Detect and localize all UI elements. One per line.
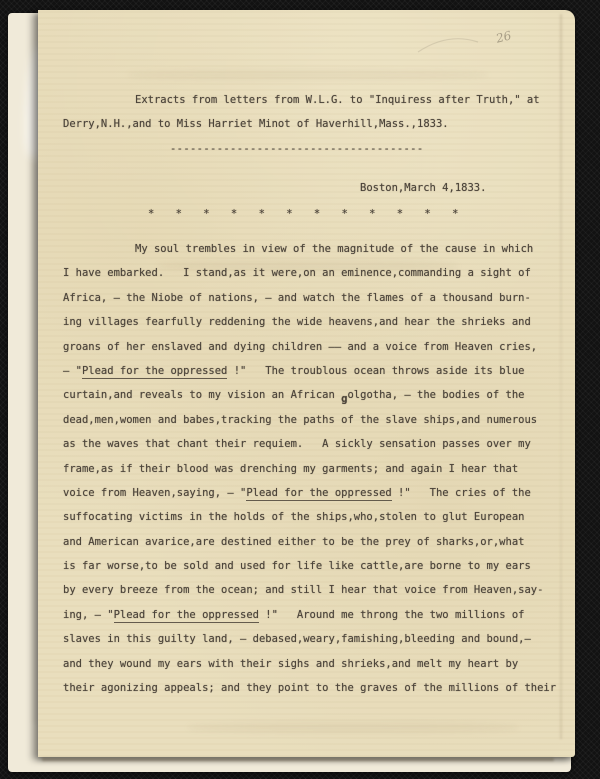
- body-line: I have embarked. I stand,as it were,on a…: [63, 261, 556, 285]
- heading-line-1: Extracts from letters from W.L.G. to "In…: [135, 94, 540, 106]
- body-line: suffocating victims in the holds of the …: [63, 505, 556, 529]
- body-line: dead,men,women and babes,tracking the pa…: [63, 408, 556, 432]
- body-line: slaves in this guilty land, — debased,we…: [63, 627, 556, 651]
- text-segment: olgotha, — the bodies of the: [347, 389, 524, 401]
- text-segment: Africa, — the Niobe of nations, — and wa…: [63, 292, 531, 304]
- text-segment: My soul trembles in view of the magnitud…: [135, 243, 533, 255]
- text-segment: is far worse,to be sold and used for lif…: [63, 560, 531, 572]
- dashed-divider: --------------------------------------: [170, 143, 424, 155]
- body-line: — "Plead for the oppressed !" The troubl…: [63, 359, 556, 383]
- text-segment: !" The cries of the: [392, 487, 531, 499]
- text-segment: voice from Heaven,saying, — ": [63, 487, 246, 499]
- text-segment: — ": [63, 365, 82, 377]
- body-line: voice from Heaven,saying, — "Plead for t…: [63, 481, 556, 505]
- body-line: and American avarice,are destined either…: [63, 530, 556, 554]
- body-line: by every breeze from the ocean; and stil…: [63, 578, 556, 602]
- body-line: and they wound my ears with their sighs …: [63, 652, 556, 676]
- body-line: their agonizing appeals; and they point …: [63, 676, 556, 700]
- body-line: frame,as if their blood was drenching my…: [63, 457, 556, 481]
- text-segment: as the waves that chant their requiem. A…: [63, 438, 531, 450]
- text-segment: by every breeze from the ocean; and stil…: [63, 584, 543, 596]
- pencil-stray-mark: [408, 24, 498, 64]
- text-segment: ing villages fearfully reddening the wid…: [63, 316, 531, 328]
- text-segment: slaves in this guilty land, — debased,we…: [63, 633, 531, 645]
- text-segment: dead,men,women and babes,tracking the pa…: [63, 414, 537, 426]
- body-line: curtain,and reveals to my vision an Afri…: [63, 383, 556, 407]
- text-segment: frame,as if their blood was drenching my…: [63, 463, 518, 475]
- text-segment: suffocating victims in the holds of the …: [63, 511, 524, 523]
- underlined-phrase: Plead for the oppressed: [246, 487, 391, 501]
- page-stack-shadow: [42, 758, 554, 761]
- text-segment: and American avarice,are destined either…: [63, 536, 524, 548]
- text-segment: groans of her enslaved and dying childre…: [63, 341, 537, 353]
- ink-bleedthrough: [188, 722, 518, 733]
- body-line: ing villages fearfully reddening the wid…: [63, 310, 556, 334]
- body-line: as the waves that chant their requiem. A…: [63, 432, 556, 456]
- photographed-manuscript-scene: { "colors": { "paper": "#e9debd", "under…: [0, 0, 600, 779]
- body-line: ing, — "Plead for the oppressed !" Aroun…: [63, 603, 556, 627]
- dateline: Boston,March 4,1833.: [360, 182, 486, 194]
- letter-body: My soul trembles in view of the magnitud…: [63, 237, 556, 700]
- text-segment: ing, — ": [63, 609, 114, 621]
- underlined-phrase: Plead for the oppressed: [114, 609, 259, 623]
- ink-bleedthrough: [128, 70, 488, 80]
- heading-line-2: Derry,N.H.,and to Miss Harriet Minot of …: [63, 118, 449, 130]
- page-right-crease: [560, 14, 562, 739]
- body-line: Africa, — the Niobe of nations, — and wa…: [63, 286, 556, 310]
- text-segment: curtain,and reveals to my vision an Afri…: [63, 389, 341, 401]
- pencil-annotation: 26: [495, 28, 513, 45]
- asterisk-separator: * * * * * * * * * * * *: [148, 208, 458, 220]
- body-line: groans of her enslaved and dying childre…: [63, 335, 556, 359]
- typewritten-letter-page: 26 Extracts from letters from W.L.G. to …: [38, 10, 575, 757]
- text-segment: !" Around me throng the two millions of: [259, 609, 525, 621]
- text-segment: g: [341, 393, 347, 405]
- body-line: My soul trembles in view of the magnitud…: [63, 237, 556, 261]
- text-segment: I have embarked. I stand,as it were,on a…: [63, 267, 531, 279]
- text-segment: and they wound my ears with their sighs …: [63, 658, 518, 670]
- underlined-phrase: Plead for the oppressed: [82, 365, 227, 379]
- body-line: is far worse,to be sold and used for lif…: [63, 554, 556, 578]
- text-segment: !" The troublous ocean throws aside its …: [227, 365, 524, 377]
- text-segment: their agonizing appeals; and they point …: [63, 682, 556, 694]
